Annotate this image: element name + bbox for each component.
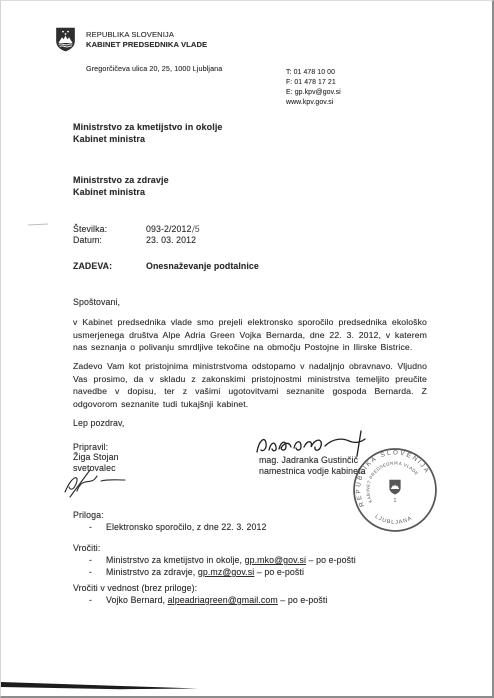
list-dash: - — [89, 522, 106, 532]
cc-text: Vojko Bernard, — [106, 595, 168, 605]
cc-suffix: – po e-pošti — [278, 595, 328, 605]
email-link: gp.mz@gov.si — [198, 567, 254, 577]
list-dash: - — [89, 555, 106, 565]
prepared-by-name: Žiga Stojan — [73, 452, 119, 462]
recipient-ministry-agriculture: Ministrstvo za kmetijstvo in okolje Kabi… — [73, 122, 223, 145]
stamp-outer-bottom-text: LJUBLJANA — [374, 514, 414, 526]
recipient-name: Ministrstvo za zdravje — [73, 175, 169, 187]
date-label: Datum: — [73, 235, 102, 245]
svg-text:LJUBLJANA: LJUBLJANA — [374, 514, 414, 526]
contact-block: T: 01 478 10 00 F: 01 478 17 21 E: gp.kp… — [286, 68, 341, 108]
signature-left-handwriting — [61, 467, 131, 504]
deliver-text: Ministrstvo za zdravje, — [106, 567, 198, 577]
reference-number-label: Številka: — [73, 224, 107, 234]
contact-web: www.kpv.gov.si — [286, 98, 341, 108]
deliver-item-agriculture: - Ministrstvo za kmetijstvo in okolje, g… — [89, 555, 356, 565]
subject-value: Onesnaževanje podtalnice — [146, 261, 259, 271]
scanned-letter-page: REPUBLIKA SLOVENIJA KABINET PREDSEDNIKA … — [0, 0, 494, 698]
org-address: Gregorčičeva ulica 20, 25, 1000 Ljubljan… — [86, 64, 222, 73]
date-value: 23. 03. 2012 — [146, 235, 196, 245]
org-department: KABINET PREDSEDNIKA VLADE — [86, 40, 207, 49]
official-stamp: REPUBLIKA SLOVENIJA LJUBLJANA KABINET PR… — [352, 447, 438, 538]
scan-artifact-streak — [1, 678, 201, 696]
list-dash: - — [89, 567, 106, 577]
deliver-to-label: Vročiti: — [73, 543, 100, 553]
deliver-suffix: – po e-pošti — [254, 567, 304, 577]
handwritten-suffix: /5 — [191, 224, 200, 235]
email-link: alpeadriagreen@gmail.com — [168, 595, 278, 605]
recipient-ministry-health: Ministrstvo za zdravje Kabinet ministra — [73, 175, 169, 198]
coat-of-arms-icon — [55, 27, 76, 57]
contact-email: E: gp.kpv@gov.si — [286, 88, 341, 98]
email-link: gp.mko@gov.si — [245, 555, 306, 565]
deliver-suffix: – po e-pošti — [306, 555, 356, 565]
cc-label: Vročiti v vednost (brez priloge): — [73, 583, 197, 593]
body-paragraph-2: Zadevo Vam kot pristojnima ministrstvoma… — [73, 360, 427, 410]
org-name: REPUBLIKA SLOVENIJA — [86, 30, 174, 39]
recipient-office: Kabinet ministra — [73, 134, 223, 146]
deliver-text: Ministrstvo za kmetijstvo in okolje, — [106, 555, 245, 565]
contact-phone: T: 01 478 10 00 — [286, 68, 341, 78]
body-paragraph-1: v Kabinet predsednika vlade smo prejeli … — [73, 316, 427, 354]
signer-title: namestnica vodje kabineta — [259, 466, 366, 477]
attachment-label: Priloga: — [73, 510, 104, 520]
prepared-by-label: Pripravil: — [73, 442, 119, 452]
stamp-number: 1 — [393, 498, 396, 504]
list-dash: - — [89, 595, 106, 605]
contact-fax: F: 01 478 17 21 — [286, 78, 341, 88]
closing-phrase: Lep pozdrav, — [73, 418, 124, 428]
reference-number-value: 093-2/2012/5 — [146, 224, 199, 234]
pencil-smudge-mark — [28, 223, 48, 227]
recipient-office: Kabinet ministra — [73, 187, 169, 199]
attachment-text: Elektronsko sporočilo, z dne 22. 3. 2012 — [106, 522, 266, 532]
attachment-item: - Elektronsko sporočilo, z dne 22. 3. 20… — [89, 522, 266, 532]
stamp-coat-of-arms-icon — [389, 480, 400, 495]
subject-label: ZADEVA: — [73, 261, 112, 271]
deliver-item-health: - Ministrstvo za zdravje, gp.mz@gov.si –… — [89, 567, 304, 577]
salutation: Spoštovani, — [73, 297, 120, 307]
cc-item-bernard: - Vojko Bernard, alpeadriagreen@gmail.co… — [89, 595, 327, 605]
recipient-name: Ministrstvo za kmetijstvo in okolje — [73, 122, 223, 134]
